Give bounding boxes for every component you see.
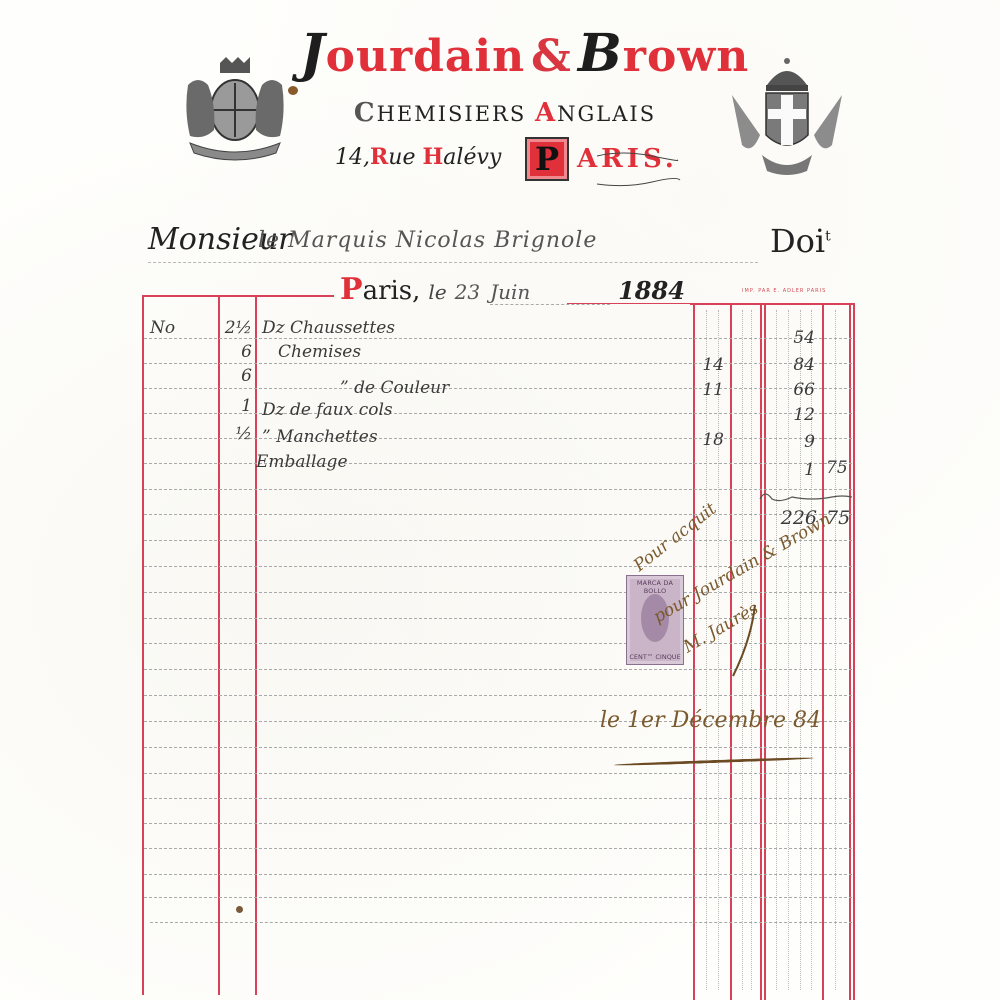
address-number: 14,	[335, 145, 370, 170]
row-amount: 9	[775, 432, 815, 452]
date-city-initial: P	[340, 272, 363, 307]
ruled-line	[144, 897, 852, 898]
row-description: Dz de faux cols	[262, 400, 393, 420]
ruled-line	[144, 338, 852, 339]
grid-line	[706, 310, 707, 990]
row-amount: 54	[775, 328, 815, 348]
subtitle-cap-c: C	[354, 98, 377, 128]
invoice-paper: Jourdain&Brown CHEMISIERS ANGLAIS 14,Rue…	[0, 0, 1000, 1000]
ledger-left-border	[142, 295, 144, 995]
ruled-line	[150, 922, 852, 923]
ledger-top-border-right	[690, 303, 854, 305]
row-description: Dz Chaussettes	[262, 318, 395, 338]
folio-number: No	[150, 318, 175, 338]
ruled-line	[144, 540, 852, 541]
address-cap-r: R	[370, 144, 388, 170]
doit-label: Doit	[770, 222, 831, 260]
stamp-top-text: MARCA DA BOLLO	[627, 579, 683, 595]
company-word-1: ourdain	[326, 31, 526, 82]
ledger-col-folio	[218, 295, 220, 995]
row-description: Emballage	[256, 452, 348, 472]
addressee-line: Monsieur le Marquis Nicolas Brignole	[148, 222, 758, 263]
ruled-line	[144, 514, 852, 515]
ruled-line	[144, 848, 852, 849]
printer-imprint: IMP. PAR E. ADLER PARIS	[742, 288, 826, 294]
flourish-ornament-icon	[592, 150, 682, 190]
ruled-line	[144, 363, 852, 364]
ampersand: &	[531, 31, 572, 82]
address-ue: ue	[388, 145, 415, 170]
ledger-col-qty	[255, 295, 257, 995]
ruled-line	[144, 388, 852, 389]
ruled-line	[144, 823, 852, 824]
row-qty: 6	[222, 366, 252, 386]
row-qty: 1	[222, 396, 252, 416]
ledger-col-cents	[822, 303, 824, 1000]
ruled-line	[144, 592, 852, 593]
doit-superscript: t	[825, 228, 831, 244]
row-amount: 84	[775, 355, 815, 375]
row-description: ” Manchettes	[262, 427, 378, 447]
row-unit-price: 14	[698, 355, 724, 375]
row-description: Chemises	[278, 342, 361, 362]
ledger-right-border-a	[849, 303, 851, 1000]
ruled-line	[144, 773, 852, 774]
grid-line	[718, 310, 719, 990]
client-name: le Marquis Nicolas Brignole	[258, 228, 597, 253]
row-unit-price: 11	[698, 380, 724, 400]
city-illuminated-initial: P	[525, 137, 569, 181]
stamp-bottom-text: CENT™ CINQUE	[627, 653, 683, 661]
row-amount: 66	[775, 380, 815, 400]
date-le: le	[428, 280, 446, 304]
paper-stain	[288, 86, 298, 95]
doit-text: Doi	[770, 222, 825, 260]
sum-rule-icon	[755, 487, 855, 507]
date-month: Juin	[490, 280, 610, 305]
company-initial-b: B	[578, 23, 623, 84]
ledger-right-border-b	[853, 303, 855, 1000]
company-name: Jourdain&Brown	[300, 28, 720, 80]
date-city: aris,	[363, 276, 421, 306]
row-qty: 6	[222, 342, 252, 362]
receipt-acquit-line1: Pour acquit	[630, 499, 721, 576]
company-address: 14,Rue Halévy	[335, 144, 501, 170]
ledger-top-border-left	[142, 295, 334, 297]
ruled-line	[144, 463, 852, 464]
address-alevy: alévy	[443, 145, 501, 170]
paper-stain	[236, 906, 243, 913]
ruled-line	[144, 798, 852, 799]
subtitle-word-1: HEMISIERS	[377, 102, 527, 126]
row-unit-price: 18	[698, 430, 724, 450]
paid-date: le 1er Décembre 84	[600, 708, 821, 733]
savoy-coat-of-arms-icon	[722, 55, 852, 180]
date-day: 23	[455, 280, 480, 304]
grid-line	[835, 310, 836, 990]
ruled-line	[144, 695, 852, 696]
subtitle-word-2: NGLAIS	[557, 102, 656, 126]
royal-coat-of-arms-icon	[170, 55, 300, 165]
date-year: 1884	[618, 276, 685, 305]
invoice-date-line: P aris, le 23 Juin 1884	[340, 272, 685, 307]
row-amount: 12	[775, 405, 815, 425]
ruled-line	[144, 874, 852, 875]
company-subtitle: CHEMISIERS ANGLAIS	[340, 98, 670, 128]
row-qty: ½	[222, 424, 252, 444]
row-description: ” de Couleur	[340, 378, 449, 398]
ruled-line	[144, 489, 852, 490]
company-initial-j: J	[300, 23, 326, 84]
address-cap-h: H	[423, 144, 444, 170]
subtitle-cap-a: A	[535, 98, 557, 128]
row-qty: 2½	[222, 318, 252, 338]
row-amount: 1	[775, 460, 815, 480]
ruled-line	[144, 747, 852, 748]
row-cents: 75	[826, 458, 848, 478]
signature-stroke-icon	[725, 600, 765, 680]
signature-underline	[614, 757, 814, 767]
